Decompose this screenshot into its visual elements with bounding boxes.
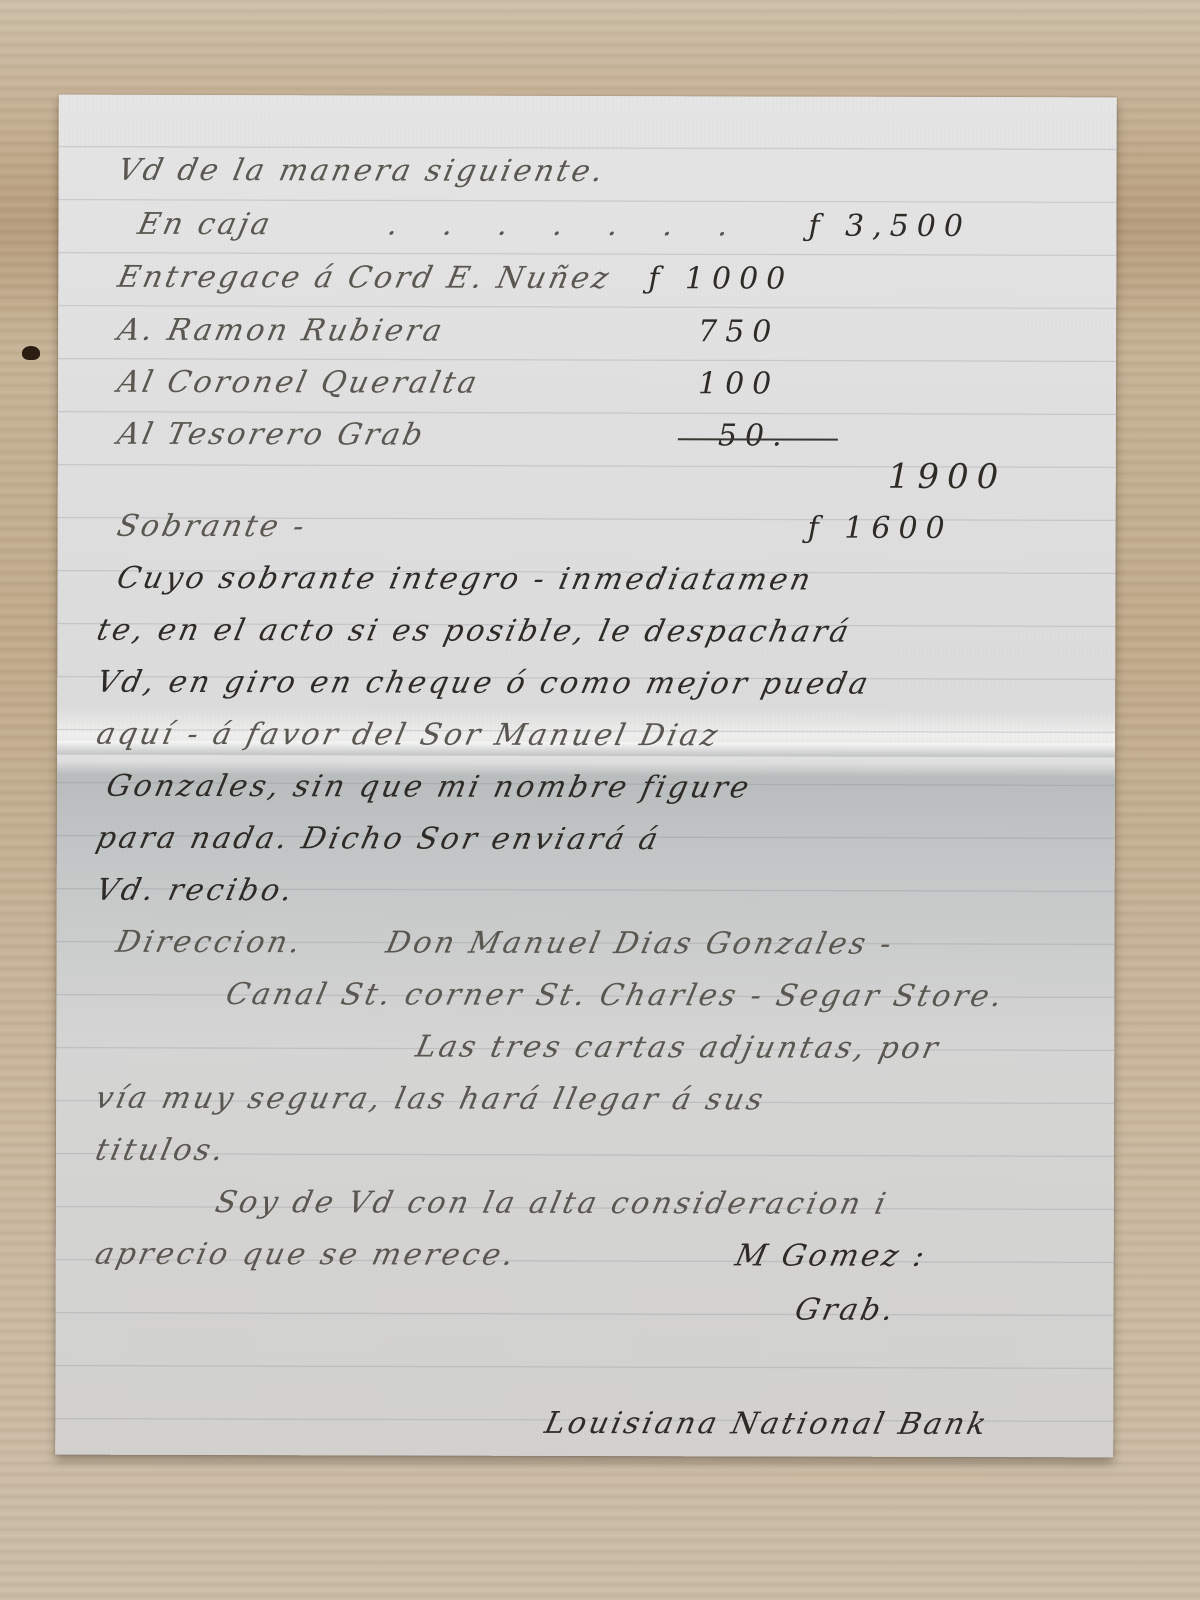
ledger-entry-label: A. Ramon Rubiera <box>114 313 447 349</box>
subtotal-amount: 1900 <box>888 457 1007 497</box>
body-line: Vd. recibo. <box>93 873 298 908</box>
address-name: Don Manuel Dias Gonzales - <box>383 925 898 961</box>
ledger-entry-label: Entregaсe á Cord E. Nuñez <box>115 260 615 296</box>
signature-title: Grab. <box>792 1293 899 1328</box>
ledger-entry-label: Al Tesorero Grab <box>114 417 429 453</box>
cash-amount: ƒ 3,500 <box>808 209 971 244</box>
closing-line: vía muy segura, las hará llegar á sus <box>92 1081 769 1118</box>
ledger-entry-amount: 750 <box>698 314 779 349</box>
body-line: Vd, en giro en cheque ó como mejor pueda <box>93 665 873 702</box>
closing-line: titulos. <box>92 1133 229 1168</box>
body-line: Gonzales, sin que mi nombre figure <box>103 769 755 806</box>
sum-rule <box>678 438 838 440</box>
body-line: Cuyo sobrante integro - inmediatamen <box>114 561 817 598</box>
bank-note: Louisiana National Bank <box>542 1406 993 1442</box>
address-street: Canal St. corner St. Charles - Segar Sto… <box>223 977 1008 1014</box>
opening-line: Vd de la manera siguiente. <box>115 153 609 189</box>
closing-line: aprecio que se merece. <box>92 1237 520 1273</box>
ledger-entry-amount: 50. <box>718 418 790 453</box>
closing-line: Las tres cartas adjuntas, por <box>413 1030 944 1066</box>
ledger-entry-label: Al Coronel Queralta <box>114 365 482 401</box>
ledger-entry-amount: 100 <box>698 366 779 401</box>
body-line: te, en el acto si es posible, le despach… <box>94 613 855 650</box>
remainder-amount: ƒ 1600 <box>808 511 953 546</box>
ledger-entry-amount: ƒ 1000 <box>648 261 793 296</box>
signature-name: M Gomez : <box>732 1238 930 1273</box>
closing-line: Soy de Vd con la alta consideracion i <box>212 1185 891 1222</box>
letter-page: Vd de la manera siguiente. En caja . . .… <box>55 95 1117 1458</box>
address-label: Direccion. <box>113 925 306 960</box>
body-line: para nada. Dicho Sor enviará á <box>93 821 664 857</box>
wood-knot <box>22 346 40 360</box>
cash-label: En caja <box>135 207 276 242</box>
cash-dots: . . . . . . . <box>385 207 751 243</box>
remainder-label: Sobrante - <box>114 509 310 544</box>
body-line: aquí - á favor del Sor Manuel Diaz <box>93 717 723 754</box>
